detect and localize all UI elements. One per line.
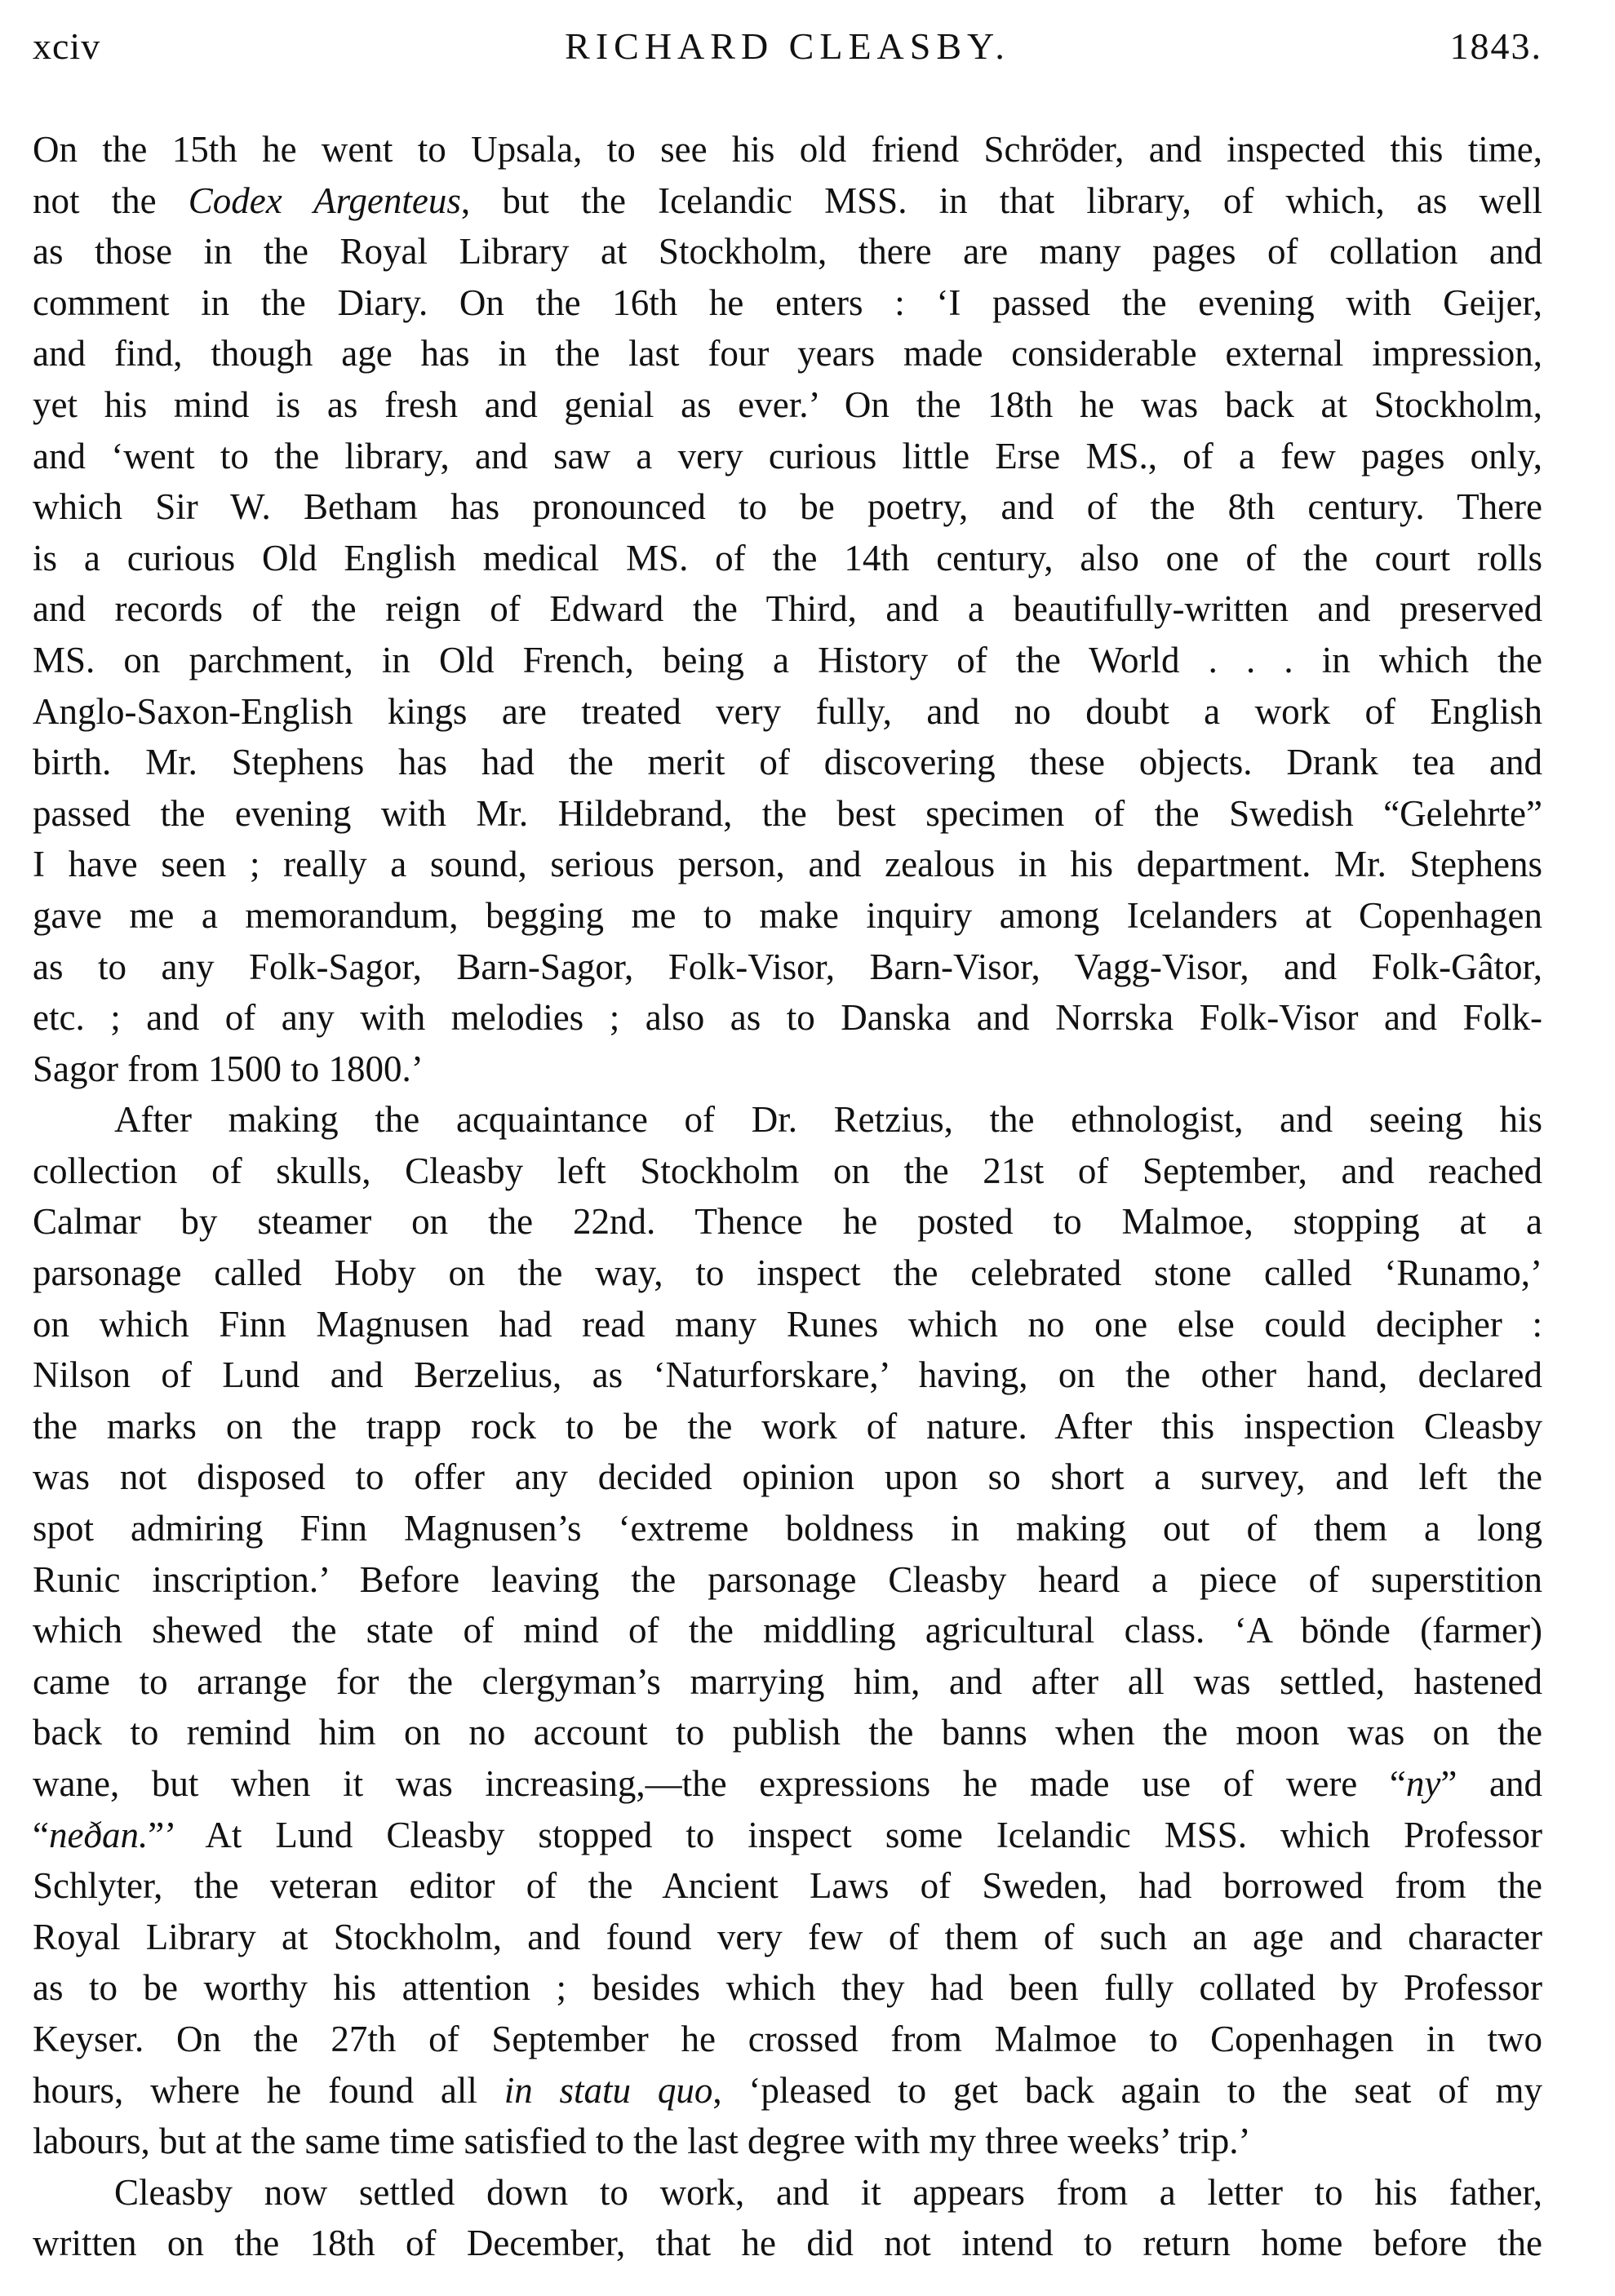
running-title: RICHARD CLEASBY. bbox=[33, 24, 1542, 68]
text-segment: MS. on parchment, in Old French, being a… bbox=[33, 640, 1542, 680]
text-line: spot admiring Finn Magnusen’s ‘extreme b… bbox=[33, 1503, 1542, 1554]
text-segment: and ‘went to the library, and saw a very… bbox=[33, 436, 1542, 476]
text-line: and ‘went to the library, and saw a very… bbox=[33, 431, 1542, 482]
text-line: After making the acquaintance of Dr. Ret… bbox=[33, 1094, 1542, 1146]
text-line: parsonage called Hoby on the way, to ins… bbox=[33, 1248, 1542, 1299]
text-line: yet his mind is as fresh and genial as e… bbox=[33, 379, 1542, 431]
text-line: etc. ; and of any with melodies ; also a… bbox=[33, 992, 1542, 1044]
text-segment: Runic inscription.’ Before leaving the p… bbox=[33, 1559, 1542, 1600]
text-line: passed the evening with Mr. Hildebrand, … bbox=[33, 788, 1542, 840]
text-segment: ”’ At Lund Cleasby stopped to inspect so… bbox=[148, 1815, 1542, 1855]
text-segment: wane, but when it was increasing,—the ex… bbox=[33, 1763, 1406, 1804]
text-line: MS. on parchment, in Old French, being a… bbox=[33, 635, 1542, 686]
text-segment: collection of skulls, Cleasby left Stock… bbox=[33, 1150, 1542, 1191]
text-segment: I have seen ; really a sound, serious pe… bbox=[33, 844, 1542, 884]
running-year: 1843. bbox=[1450, 24, 1543, 68]
text-segment: yet his mind is as fresh and genial as e… bbox=[33, 384, 1542, 425]
text-line: is a curious Old English medical MS. of … bbox=[33, 533, 1542, 584]
text-line: hours, where he found all in statu quo, … bbox=[33, 2065, 1542, 2116]
text-line: not the Codex Argenteus, but the Iceland… bbox=[33, 175, 1542, 227]
text-line: Runic inscription.’ Before leaving the p… bbox=[33, 1554, 1542, 1606]
text-segment: is a curious Old English medical MS. of … bbox=[33, 538, 1542, 578]
text-line: Schlyter, the veteran editor of the Anci… bbox=[33, 1860, 1542, 1912]
text-segment: was not disposed to offer any decided op… bbox=[33, 1456, 1542, 1497]
text-line: I have seen ; really a sound, serious pe… bbox=[33, 839, 1542, 890]
italic-text: in statu quo bbox=[504, 2070, 713, 2111]
text-segment: the marks on the trapp rock to be the wo… bbox=[33, 1406, 1542, 1447]
text-line: gave me a memorandum, begging me to make… bbox=[33, 890, 1542, 942]
text-segment: Anglo-Saxon-English kings are treated ve… bbox=[33, 691, 1542, 732]
text-segment: , ‘pleased to get back again to the seat… bbox=[712, 2070, 1542, 2111]
text-segment: labours, but at the same time satisfied … bbox=[33, 2121, 1250, 2161]
text-line: as those in the Royal Library at Stockho… bbox=[33, 226, 1542, 277]
text-segment: etc. ; and of any with melodies ; also a… bbox=[33, 997, 1542, 1038]
text-segment: Nilson of Lund and Berzelius, as ‘Naturf… bbox=[33, 1354, 1542, 1395]
text-line: as to any Folk-Sagor, Barn-Sagor, Folk-V… bbox=[33, 942, 1542, 993]
italic-text: ny bbox=[1406, 1763, 1440, 1804]
text-segment: Schlyter, the veteran editor of the Anci… bbox=[33, 1865, 1542, 1906]
text-segment: Cleasby now settled down to work, and it… bbox=[114, 2172, 1542, 2213]
text-line: and records of the reign of Edward the T… bbox=[33, 583, 1542, 635]
text-line: on which Finn Magnusen had read many Run… bbox=[33, 1299, 1542, 1350]
text-line: Anglo-Saxon-English kings are treated ve… bbox=[33, 686, 1542, 738]
text-segment: which Sir W. Betham has pronounced to be… bbox=[33, 486, 1542, 527]
body-text: On the 15th he went to Upsala, to see hi… bbox=[33, 124, 1542, 2269]
text-segment: came to arrange for the clergyman’s marr… bbox=[33, 1661, 1542, 1702]
text-line: was not disposed to offer any decided op… bbox=[33, 1452, 1542, 1503]
text-line: back to remind him on no account to publ… bbox=[33, 1707, 1542, 1758]
text-segment: and find, though age has in the last fou… bbox=[33, 333, 1542, 374]
text-line: Sagor from 1500 to 1800.’ bbox=[33, 1044, 1542, 1095]
text-segment: On the 15th he went to Upsala, to see hi… bbox=[33, 129, 1542, 170]
text-segment: Keyser. On the 27th of September he cros… bbox=[33, 2019, 1542, 2059]
text-line: Royal Library at Stockholm, and found ve… bbox=[33, 1912, 1542, 1963]
text-segment: which shewed the state of mind of the mi… bbox=[33, 1610, 1542, 1651]
text-line: labours, but at the same time satisfied … bbox=[33, 2116, 1542, 2167]
text-line: which shewed the state of mind of the mi… bbox=[33, 1605, 1542, 1656]
text-segment: written on the 18th of December, that he… bbox=[33, 2223, 1542, 2263]
text-segment: as to be worthy his attention ; besides … bbox=[33, 1967, 1542, 2008]
text-line: written on the 18th of December, that he… bbox=[33, 2218, 1542, 2269]
text-segment: ” and bbox=[1440, 1763, 1542, 1804]
text-segment: passed the evening with Mr. Hildebrand, … bbox=[33, 793, 1542, 834]
text-line: On the 15th he went to Upsala, to see hi… bbox=[33, 124, 1542, 175]
text-segment: as to any Folk-Sagor, Barn-Sagor, Folk-V… bbox=[33, 946, 1542, 987]
text-line: Nilson of Lund and Berzelius, as ‘Naturf… bbox=[33, 1350, 1542, 1401]
text-segment: After making the acquaintance of Dr. Ret… bbox=[114, 1099, 1542, 1140]
text-line: collection of skulls, Cleasby left Stock… bbox=[33, 1146, 1542, 1197]
text-segment: comment in the Diary. On the 16th he ent… bbox=[33, 282, 1542, 323]
running-head: xciv RICHARD CLEASBY. 1843. bbox=[33, 24, 1542, 82]
text-line: wane, but when it was increasing,—the ex… bbox=[33, 1758, 1542, 1810]
text-segment: not the bbox=[33, 180, 189, 221]
italic-text: neðan. bbox=[49, 1815, 148, 1855]
text-segment: and records of the reign of Edward the T… bbox=[33, 588, 1542, 629]
text-segment: Calmar by steamer on the 22nd. Thence he… bbox=[33, 1201, 1542, 1242]
text-line: Cleasby now settled down to work, and it… bbox=[33, 2167, 1542, 2218]
text-line: the marks on the trapp rock to be the wo… bbox=[33, 1401, 1542, 1452]
text-segment: parsonage called Hoby on the way, to ins… bbox=[33, 1252, 1542, 1293]
text-segment: spot admiring Finn Magnusen’s ‘extreme b… bbox=[33, 1508, 1542, 1549]
text-line: comment in the Diary. On the 16th he ent… bbox=[33, 277, 1542, 329]
text-segment: back to remind him on no account to publ… bbox=[33, 1712, 1542, 1753]
text-segment: , but the Icelandic MSS. in that library… bbox=[461, 180, 1542, 221]
text-segment: “ bbox=[33, 1815, 49, 1855]
text-segment: Sagor from 1500 to 1800.’ bbox=[33, 1048, 424, 1089]
text-segment: gave me a memorandum, begging me to make… bbox=[33, 895, 1542, 936]
text-segment: hours, where he found all bbox=[33, 2070, 504, 2111]
text-line: birth. Mr. Stephens has had the merit of… bbox=[33, 737, 1542, 788]
text-line: Calmar by steamer on the 22nd. Thence he… bbox=[33, 1196, 1542, 1248]
text-line: and find, though age has in the last fou… bbox=[33, 328, 1542, 379]
text-segment: as those in the Royal Library at Stockho… bbox=[33, 231, 1542, 272]
text-segment: birth. Mr. Stephens has had the merit of… bbox=[33, 742, 1542, 782]
text-line: which Sir W. Betham has pronounced to be… bbox=[33, 481, 1542, 533]
italic-text: Codex Argenteus bbox=[189, 180, 461, 221]
text-line: as to be worthy his attention ; besides … bbox=[33, 1962, 1542, 2014]
text-line: came to arrange for the clergyman’s marr… bbox=[33, 1656, 1542, 1708]
text-segment: Royal Library at Stockholm, and found ve… bbox=[33, 1917, 1542, 1957]
text-line: Keyser. On the 27th of September he cros… bbox=[33, 2014, 1542, 2065]
text-line: “neðan.”’ At Lund Cleasby stopped to ins… bbox=[33, 1810, 1542, 1861]
text-segment: on which Finn Magnusen had read many Run… bbox=[33, 1304, 1542, 1345]
